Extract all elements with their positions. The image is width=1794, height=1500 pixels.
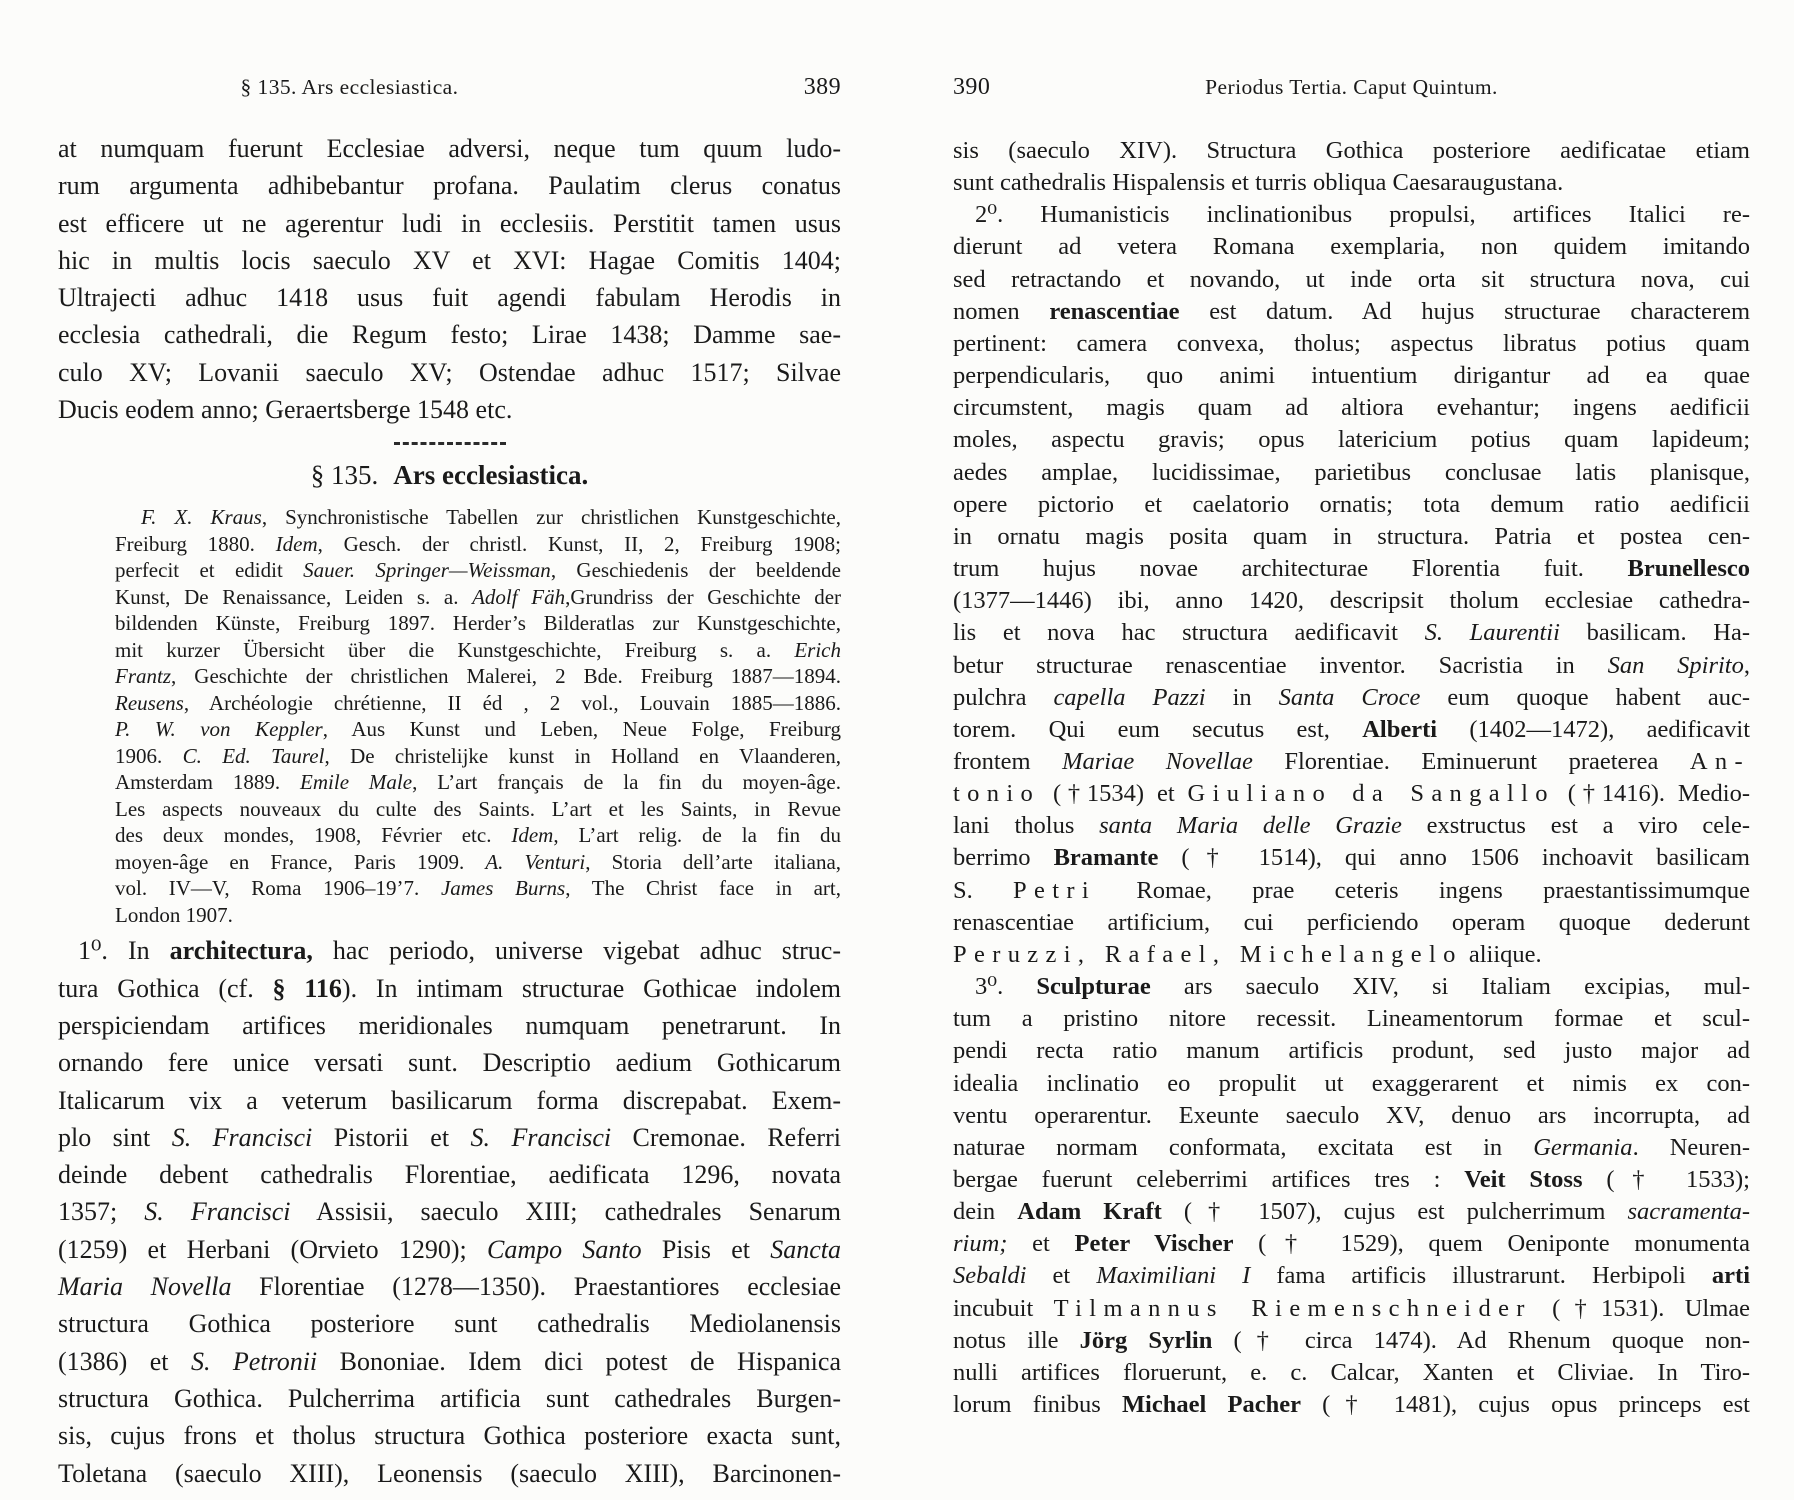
text-segment: nomen: [953, 298, 1049, 325]
text-segment: (†1531). Ulmae: [1532, 1295, 1750, 1322]
text-line: betur structurae renascentiae inventor. …: [953, 650, 1750, 682]
text-segment: Sebaldi: [953, 1262, 1027, 1289]
text-line: perfecit et edidit Sauer. Springer—Weiss…: [115, 557, 841, 584]
text-segment: A. Venturi: [485, 850, 585, 874]
left-running-header: § 135. Ars ecclesiastica. 389: [58, 74, 841, 100]
text-segment: Erich: [794, 638, 841, 662]
text-segment: S.: [953, 877, 1013, 904]
text-line: nomen renascentiae est datum. Ad hujus s…: [953, 296, 1750, 328]
text-line: rium; et Peter Vischer († 1529), quem Oe…: [953, 1228, 1750, 1260]
intro-paragraph: at numquam fuerunt Ecclesiae adversi, ne…: [58, 130, 841, 428]
text-segment: Romae, prae ceteris ingens praestantissi…: [1096, 877, 1750, 904]
text-line: trum hujus novae architecturae Florentia…: [953, 553, 1750, 585]
text-segment: , Geschichte der christlichen Malerei, 2…: [171, 664, 841, 688]
text-segment: ecclesia cathedrali, die Regum festo; Li…: [58, 320, 841, 349]
text-segment: Les aspects nouveaux du culte des Saints…: [115, 797, 841, 821]
text-segment: Adolf Fäh: [472, 585, 565, 609]
text-segment: S. Laurentii: [1425, 619, 1560, 646]
text-line: naturae normam conformata, excitata est …: [953, 1132, 1750, 1164]
text-segment: hic in multis locis saeculo XV et XVI: H…: [58, 246, 841, 275]
text-segment: Florentiae. Eminuerunt praeterea: [1253, 748, 1690, 775]
text-segment: § 116: [273, 974, 342, 1003]
text-segment: , L’art français de la fin du moyen-âge.: [412, 770, 841, 794]
text-segment: vol. IV—V, Roma 1906–19’7.: [115, 876, 441, 900]
text-segment: , Synchronistische Tabellen zur christli…: [262, 505, 841, 529]
text-segment: 3⁰.: [975, 973, 1036, 1000]
text-segment: (1377—1446) ibi, anno 1420, descripsit t…: [953, 587, 1750, 614]
text-line: sis, cujus frons et tholus structura Got…: [58, 1417, 841, 1454]
text-segment: ornando fere unice versati sunt. Descrip…: [58, 1048, 841, 1077]
paragraph-architectura: 1⁰. In architectura, hac periodo, univer…: [58, 932, 841, 1491]
page-left: § 135. Ars ecclesiastica. 389 at numquam…: [58, 74, 841, 1492]
text-segment: ,: [1744, 652, 1750, 679]
text-line: dein Adam Kraft († 1507), cujus est pulc…: [953, 1196, 1750, 1228]
text-segment: S. Francisci: [144, 1197, 290, 1226]
text-segment: Toletana (saeculo XIII), Leonensis (saec…: [58, 1459, 841, 1488]
text-segment: Reusens: [115, 691, 184, 715]
text-line: moyen-âge en France, Paris 1909. A. Vent…: [115, 849, 841, 876]
text-segment: sis (saeculo XIV). Structura Gothica pos…: [953, 137, 1750, 164]
text-line: sed retractando et novando, ut inde orta…: [953, 264, 1750, 296]
text-line: Kunst, De Renaissance, Leiden s. a. Adol…: [115, 584, 841, 611]
text-segment: opere pictorio et caelatorio ornatis; to…: [953, 491, 1750, 518]
section-title: Ars ecclesiastica.: [393, 460, 588, 490]
text-segment: culo XV; Lovanii saeculo XV; Ostendae ad…: [58, 358, 841, 387]
text-line: (1259) et Herbani (Orvieto 1290); Campo …: [58, 1231, 841, 1268]
text-segment: perfecit et edidit: [115, 558, 303, 582]
text-line: at numquam fuerunt Ecclesiae adversi, ne…: [58, 130, 841, 167]
text-segment: santa Maria delle Grazie: [1099, 812, 1402, 839]
text-segment: P. W. von Keppler: [115, 717, 323, 741]
text-segment: perspiciendam artifices meridionales num…: [58, 1011, 841, 1040]
text-segment: eum quoque habent auc-: [1420, 684, 1750, 711]
text-line: pulchra capella Pazzi in Santa Croce eum…: [953, 682, 1750, 714]
text-segment: berrimo: [953, 844, 1054, 871]
text-line: F. X. Kraus, Synchronistische Tabellen z…: [115, 504, 841, 531]
text-segment: Kunst, De Renaissance, Leiden s. a.: [115, 585, 472, 609]
text-segment: James Burns: [441, 876, 565, 900]
text-segment: London 1907.: [115, 903, 233, 927]
text-line: 1906. C. Ed. Taurel, De christelijke kun…: [115, 743, 841, 770]
text-segment: fama artificis illustrarunt. Herbipoli: [1250, 1262, 1712, 1289]
text-segment: (1386) et: [58, 1347, 191, 1376]
text-segment: (1402—1472), aedificavit: [1437, 716, 1750, 743]
text-segment: naturae normam conformata, excitata est …: [953, 1134, 1533, 1161]
text-line: torem. Qui eum secutus est, Alberti (140…: [953, 714, 1750, 746]
text-segment: bergae fuerunt celeberrimi artifices tre…: [953, 1166, 1464, 1193]
text-segment: tura Gothica (cf.: [58, 974, 273, 1003]
text-segment: perpendicularis, quo animi intuentium di…: [953, 362, 1750, 389]
text-segment: renascentiae artificium, cui perficiendo…: [953, 909, 1750, 936]
left-page-number: 389: [804, 74, 841, 100]
text-line: Frantz, Geschichte der christlichen Male…: [115, 663, 841, 690]
text-segment: An-: [1690, 748, 1750, 775]
text-segment: Emile Male: [300, 770, 412, 794]
text-segment: Campo Santo: [487, 1235, 642, 1264]
text-segment: ars saeculo XIV, si Italiam excipias, mu…: [1151, 973, 1750, 1000]
text-segment: Sancta: [770, 1235, 841, 1264]
text-segment: dein: [953, 1198, 1017, 1225]
text-line: Ultrajecti adhuc 1418 usus fuit agendi f…: [58, 279, 841, 316]
text-line: Ducis eodem anno; Geraertsberge 1548 etc…: [58, 391, 841, 428]
text-line: aedes amplae, lucidissimae, parietibus c…: [953, 457, 1750, 489]
text-line: perspiciendam artifices meridionales num…: [58, 1007, 841, 1044]
text-line: sunt cathedralis Hispalensis et turris o…: [953, 167, 1750, 199]
text-segment: , L’art relig. de la fin du: [553, 823, 841, 847]
text-segment: est efficere ut ne agerentur ludi in ecc…: [58, 209, 841, 238]
text-line: perpendicularis, quo animi intuentium di…: [953, 360, 1750, 392]
text-line: 2⁰. Humanisticis inclinationibus propuls…: [953, 199, 1750, 231]
text-segment: († 1514), qui anno 1506 inchoavit basili…: [1158, 844, 1750, 871]
text-segment: architectura,: [170, 936, 313, 965]
text-line: pertinent: camera convexa, tholus; aspec…: [953, 328, 1750, 360]
text-line: plo sint S. Francisci Pistorii et S. Fra…: [58, 1119, 841, 1156]
text-segment: bildenden Künste, Freiburg 1897. Herder’…: [115, 611, 841, 635]
text-segment: Tilmannus Riemenschneider: [1054, 1295, 1532, 1322]
text-line: Maria Novella Florentiae (1278—1350). Pr…: [58, 1268, 841, 1305]
text-segment: lorum finibus: [953, 1391, 1122, 1418]
text-segment: est datum. Ad hujus structurae character…: [1180, 298, 1750, 325]
right-running-header: 390 Periodus Tertia. Caput Quintum.: [953, 74, 1750, 100]
text-segment: structura Gothica. Pulcherrima artificia…: [58, 1384, 841, 1413]
text-line: bergae fuerunt celeberrimi artifices tre…: [953, 1164, 1750, 1196]
text-line: sis (saeculo XIV). Structura Gothica pos…: [953, 135, 1750, 167]
text-line: rum argumenta adhibebantur profana. Paul…: [58, 167, 841, 204]
text-segment: Santa Croce: [1279, 684, 1421, 711]
page-right: 390 Periodus Tertia. Caput Quintum. sis …: [953, 74, 1750, 1421]
text-segment: C. Ed. Taurel: [183, 744, 325, 768]
text-segment: Florentiae (1278—1350). Praestantiores e…: [232, 1272, 841, 1301]
text-line: Peruzzi, Rafael, Michelangelo aliique.: [953, 939, 1750, 971]
text-line: Reusens, Archéologie chrétienne, II éd ,…: [115, 690, 841, 717]
text-line: berrimo Bramante († 1514), qui anno 1506…: [953, 842, 1750, 874]
text-line: nulli artifices floruerunt, e. c. Calcar…: [953, 1357, 1750, 1389]
text-segment: pulchra: [953, 684, 1053, 711]
text-line: P. W. von Keppler, Aus Kunst und Leben, …: [115, 716, 841, 743]
text-line: est efficere ut ne agerentur ludi in ecc…: [58, 205, 841, 242]
text-segment: lani tholus: [953, 812, 1099, 839]
text-segment: . Neuren-: [1633, 1134, 1750, 1161]
text-line: des deux mondes, 1908, Février etc. Idem…: [115, 822, 841, 849]
right-page-number: 390: [953, 74, 990, 100]
text-line: ecclesia cathedrali, die Regum festo; Li…: [58, 316, 841, 353]
text-line: idealia inclinatio eo propulit ut exagge…: [953, 1068, 1750, 1100]
text-segment: (1259) et Herbani (Orvieto 1290);: [58, 1235, 487, 1264]
text-segment: notus ille: [953, 1327, 1080, 1354]
text-segment: Freiburg 1880.: [115, 532, 276, 556]
text-segment: Idem: [511, 823, 553, 847]
section-divider: [394, 442, 506, 445]
text-segment: Jörg Syrlin: [1080, 1327, 1213, 1354]
text-segment: Bramante: [1054, 844, 1159, 871]
text-line: lis et nova hac structura aedificavit S.…: [953, 617, 1750, 649]
text-line: dierunt ad vetera Romana exemplaria, non…: [953, 231, 1750, 263]
text-line: (1386) et S. Petronii Bononiae. Idem dic…: [58, 1343, 841, 1380]
text-segment: († 1481), cujus opus princeps est: [1301, 1391, 1750, 1418]
text-segment: , Storia dell’arte italiana,: [585, 850, 841, 874]
text-line: frontem Mariae Novellae Florentiae. Emin…: [953, 746, 1750, 778]
text-line: Amsterdam 1889. Emile Male, L’art frança…: [115, 769, 841, 796]
text-segment: frontem: [953, 748, 1062, 775]
text-segment: Sculpturae: [1036, 973, 1150, 1000]
text-line: incubuit Tilmannus Riemenschneider (†153…: [953, 1293, 1750, 1325]
paragraph-continuation: sis (saeculo XIV). Structura Gothica pos…: [953, 135, 1750, 199]
text-segment: 1906.: [115, 744, 183, 768]
text-segment: et: [1007, 1230, 1074, 1257]
paragraph-sculpturae: 3⁰. Sculpturae ars saeculo XIV, si Itali…: [953, 971, 1750, 1421]
text-segment: mit kurzer Übersicht über die Kunstgesch…: [115, 638, 794, 662]
text-line: lani tholus santa Maria delle Grazie exs…: [953, 810, 1750, 842]
text-segment: sed retractando et novando, ut inde orta…: [953, 266, 1750, 293]
text-segment: plo sint: [58, 1123, 172, 1152]
text-segment: in ornatu magis posita quam in structura…: [953, 523, 1750, 550]
text-segment: 2⁰. Humanisticis inclinationibus propuls…: [975, 201, 1750, 228]
text-segment: arti: [1712, 1262, 1750, 1289]
text-segment: torem. Qui eum secutus est,: [953, 716, 1362, 743]
text-segment: Italicarum vix a veterum basilicarum for…: [58, 1086, 841, 1115]
text-segment: tonio: [953, 780, 1040, 807]
text-segment: Alberti: [1362, 716, 1437, 743]
text-segment: aliique.: [1463, 941, 1542, 968]
text-line: London 1907.: [115, 902, 841, 929]
text-segment: sis, cujus frons et tholus structura Got…: [58, 1421, 841, 1450]
text-segment: Pistorii et: [312, 1123, 470, 1152]
text-line: hic in multis locis saeculo XV et XVI: H…: [58, 242, 841, 279]
text-segment: rum argumenta adhibebantur profana. Paul…: [58, 171, 841, 200]
text-line: circumstent, magis quam ad altiora eveha…: [953, 392, 1750, 424]
paragraph-humanisticis: 2⁰. Humanisticis inclinationibus propuls…: [953, 199, 1750, 971]
text-line: Freiburg 1880. Idem, Gesch. der christl.…: [115, 531, 841, 558]
text-segment: , Aus Kunst und Leben, Neue Folge, Freib…: [323, 717, 841, 741]
text-line: bildenden Künste, Freiburg 1897. Herder’…: [115, 610, 841, 637]
text-segment: lis et nova hac structura aedificavit: [953, 619, 1425, 646]
text-segment: moyen-âge en France, Paris 1909.: [115, 850, 485, 874]
text-segment: Ducis eodem anno; Geraertsberge 1548 etc…: [58, 395, 512, 424]
text-segment: tum a pristino nitore recessit. Lineamen…: [953, 1005, 1750, 1032]
text-segment: ventu operarentur. Exeunte saeculo XV, d…: [953, 1102, 1750, 1129]
text-line: lorum finibus Michael Pacher († 1481), c…: [953, 1389, 1750, 1421]
text-line: structura Gothica posteriore sunt cathed…: [58, 1305, 841, 1342]
text-segment: Peter Vischer: [1075, 1230, 1234, 1257]
text-segment: S. Francisci: [471, 1123, 612, 1152]
text-segment: Peruzzi, Rafael, Michelangelo: [953, 941, 1463, 968]
text-line: structura Gothica. Pulcherrima artificia…: [58, 1380, 841, 1417]
text-line: opere pictorio et caelatorio ornatis; to…: [953, 489, 1750, 521]
text-segment: betur structurae renascentiae inventor. …: [953, 652, 1608, 679]
text-segment: Maximiliani I: [1096, 1262, 1250, 1289]
text-segment: deinde debent cathedralis Florentiae, ae…: [58, 1160, 841, 1189]
text-line: ornando fere unice versati sunt. Descrip…: [58, 1044, 841, 1081]
section-heading: § 135.Ars ecclesiastica.: [58, 458, 841, 492]
text-line: Sebaldi et Maximiliani I fama artificis …: [953, 1260, 1750, 1292]
text-segment: Ultrajecti adhuc 1418 usus fuit agendi f…: [58, 283, 841, 312]
text-line: S. Petri Romae, prae ceteris ingens prae…: [953, 875, 1750, 907]
bibliography-paragraph: F. X. Kraus, Synchronistische Tabellen z…: [115, 504, 841, 928]
text-segment: Pisis et: [642, 1235, 771, 1264]
text-segment: S. Francisci: [172, 1123, 313, 1152]
text-segment: Mariae Novellae: [1062, 748, 1253, 775]
text-segment: Veit Stoss: [1464, 1166, 1582, 1193]
text-segment: (†1416). Medio-: [1555, 780, 1750, 807]
text-segment: nulli artifices floruerunt, e. c. Calcar…: [953, 1359, 1750, 1386]
text-segment: Michael Pacher: [1122, 1391, 1301, 1418]
text-line: deinde debent cathedralis Florentiae, ae…: [58, 1156, 841, 1193]
text-segment: des deux mondes, 1908, Février etc.: [115, 823, 511, 847]
text-segment: sunt cathedralis Hispalensis et turris o…: [953, 169, 1563, 196]
text-segment: aedes amplae, lucidissimae, parietibus c…: [953, 459, 1750, 486]
text-segment: Giuliano da Sangallo: [1188, 780, 1555, 807]
text-segment: S. Petronii: [191, 1347, 317, 1376]
section-number: § 135.: [311, 460, 379, 490]
text-segment: 1⁰. In: [78, 936, 170, 965]
text-line: 1⁰. In architectura, hac periodo, univer…: [58, 932, 841, 969]
text-segment: († 1533);: [1583, 1166, 1751, 1193]
text-segment: Assisii, saeculo XIII; cathedrales Senar…: [291, 1197, 841, 1226]
text-line: renascentiae artificium, cui perficiendo…: [953, 907, 1750, 939]
text-segment: Brunellesco: [1628, 555, 1751, 582]
text-segment: incubuit: [953, 1295, 1054, 1322]
text-segment: at numquam fuerunt Ecclesiae adversi, ne…: [58, 134, 841, 163]
text-segment: ). In intimam structurae Gothicae indole…: [342, 974, 841, 1003]
text-line: culo XV; Lovanii saeculo XV; Ostendae ad…: [58, 354, 841, 391]
text-line: 1357; S. Francisci Assisii, saeculo XIII…: [58, 1193, 841, 1230]
text-segment: in: [1206, 684, 1279, 711]
text-segment: Amsterdam 1889.: [115, 770, 300, 794]
text-segment: Petri: [1013, 877, 1096, 904]
text-segment: ,Grundriss der Geschichte der: [565, 585, 841, 609]
text-line: Toletana (saeculo XIII), Leonensis (saec…: [58, 1455, 841, 1492]
text-segment: sacramenta-: [1628, 1198, 1750, 1225]
text-segment: idealia inclinatio eo propulit ut exagge…: [953, 1070, 1750, 1097]
text-segment: Sauer. Springer—Weissman: [303, 558, 551, 582]
text-segment: dierunt ad vetera Romana exemplaria, non…: [953, 233, 1750, 260]
text-segment: Maria Novella: [58, 1272, 232, 1301]
text-segment: circumstent, magis quam ad altiora eveha…: [953, 394, 1750, 421]
text-segment: , De christelijke kunst in Holland en Vl…: [324, 744, 841, 768]
text-segment: 1357;: [58, 1197, 144, 1226]
left-header-title: § 135. Ars ecclesiastica.: [241, 74, 459, 100]
text-line: moles, aspectu gravis; opus latericium p…: [953, 424, 1750, 456]
right-header-title: Periodus Tertia. Caput Quintum.: [1205, 74, 1498, 100]
text-line: tum a pristino nitore recessit. Lineamen…: [953, 1003, 1750, 1035]
text-segment: et: [1027, 1262, 1097, 1289]
text-line: vol. IV—V, Roma 1906–19’7. James Burns, …: [115, 875, 841, 902]
text-line: tura Gothica (cf. § 116). In intimam str…: [58, 970, 841, 1007]
text-segment: rium;: [953, 1230, 1007, 1257]
text-segment: pendi recta ratio manum artificis produn…: [953, 1037, 1750, 1064]
text-line: Les aspects nouveaux du culte des Saints…: [115, 796, 841, 823]
text-segment: , Archéologie chrétienne, II éd , 2 vol.…: [184, 691, 841, 715]
text-line: tonio (†1534) et Giuliano da Sangallo (†…: [953, 778, 1750, 810]
text-segment: Cremonae. Referri: [611, 1123, 841, 1152]
text-segment: Bononiae. Idem dici potest de Hispanica: [317, 1347, 841, 1376]
text-line: ventu operarentur. Exeunte saeculo XV, d…: [953, 1100, 1750, 1132]
text-segment: hac periodo, universe vigebat adhuc stru…: [313, 936, 841, 965]
text-segment: structura Gothica posteriore sunt cathed…: [58, 1309, 841, 1338]
text-segment: moles, aspectu gravis; opus latericium p…: [953, 426, 1750, 453]
text-segment: exstructus est a viro cele-: [1402, 812, 1750, 839]
text-segment: F. X. Kraus: [141, 505, 262, 529]
book-spread: § 135. Ars ecclesiastica. 389 at numquam…: [0, 0, 1794, 1500]
text-line: 3⁰. Sculpturae ars saeculo XIV, si Itali…: [953, 971, 1750, 1003]
text-line: Italicarum vix a veterum basilicarum for…: [58, 1082, 841, 1119]
text-segment: San Spirito: [1608, 652, 1744, 679]
text-segment: († circa 1474). Ad Rhenum quoque non-: [1212, 1327, 1750, 1354]
text-segment: Germania: [1533, 1134, 1632, 1161]
text-segment: , Gesch. der christl. Kunst, II, 2, Frei…: [318, 532, 841, 556]
text-segment: Adam Kraft: [1017, 1198, 1162, 1225]
text-segment: Frantz: [115, 664, 171, 688]
text-segment: basilicam. Ha-: [1560, 619, 1750, 646]
text-segment: , Geschiedenis der beeldende: [551, 558, 841, 582]
text-segment: , The Christ face in art,: [565, 876, 841, 900]
text-line: (1377—1446) ibi, anno 1420, descripsit t…: [953, 585, 1750, 617]
text-segment: trum hujus novae architecturae Florentia…: [953, 555, 1628, 582]
text-segment: († 1529), quem Oeniponte monumenta: [1233, 1230, 1750, 1257]
text-line: pendi recta ratio manum artificis produn…: [953, 1035, 1750, 1067]
text-segment: pertinent: camera convexa, tholus; aspec…: [953, 330, 1750, 357]
text-segment: renascentiae: [1049, 298, 1179, 325]
text-line: mit kurzer Übersicht über die Kunstgesch…: [115, 637, 841, 664]
text-segment: († 1507), cujus est pulcherrimum: [1162, 1198, 1628, 1225]
text-segment: Idem: [276, 532, 318, 556]
text-segment: (†1534) et: [1040, 780, 1187, 807]
text-segment: capella Pazzi: [1053, 684, 1205, 711]
text-line: in ornatu magis posita quam in structura…: [953, 521, 1750, 553]
text-line: notus ille Jörg Syrlin († circa 1474). A…: [953, 1325, 1750, 1357]
